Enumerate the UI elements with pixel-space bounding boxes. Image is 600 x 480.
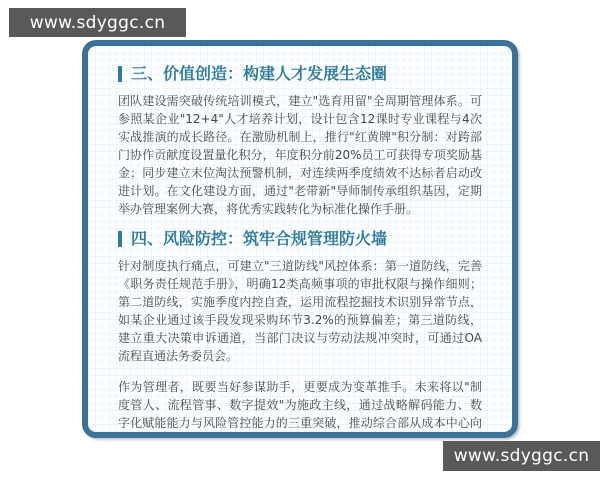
watermark-top: www.sdyggc.cn xyxy=(9,8,186,37)
paragraph-conclusion: 作为管理者，既要当好参谋助手，更要成为变革推手。未来将以"制度管人、流程管事、数… xyxy=(118,378,482,438)
paragraph-three-defense-lines: 针对制度执行痛点，可建立"三道防线"风控体系：第一道防线，完善《职务责任规范手册… xyxy=(118,257,482,365)
section-value-creation: 三、价值创造：构建人才发展生态圈 团队建设需突破传统培训模式，建立"选育用留"全… xyxy=(118,64,482,218)
heading-bar-icon xyxy=(118,66,122,82)
section-heading-text: 四、风险防控：筑牢合规管理防火墙 xyxy=(131,229,387,249)
heading-bar-icon xyxy=(118,231,122,247)
section-heading-risk-control: 四、风险防控：筑牢合规管理防火墙 xyxy=(118,229,482,249)
section-heading-value-creation: 三、价值创造：构建人才发展生态圈 xyxy=(118,64,482,84)
content-card: 三、价值创造：构建人才发展生态圈 团队建设需突破传统培训模式，建立"选育用留"全… xyxy=(82,40,518,438)
section-heading-text: 三、价值创造：构建人才发展生态圈 xyxy=(131,64,387,84)
watermark-bottom: www.sdyggc.cn xyxy=(443,441,600,471)
paragraph-team-building: 团队建设需突破传统培训模式，建立"选育用留"全周期管理体系。可参照某企业"12+… xyxy=(118,92,482,218)
document-page: www.sdyggc.cn 三、价值创造：构建人才发展生态圈 团队建设需突破传统… xyxy=(0,0,600,480)
section-risk-control: 四、风险防控：筑牢合规管理防火墙 针对制度执行痛点，可建立"三道防线"风控体系：… xyxy=(118,229,482,438)
